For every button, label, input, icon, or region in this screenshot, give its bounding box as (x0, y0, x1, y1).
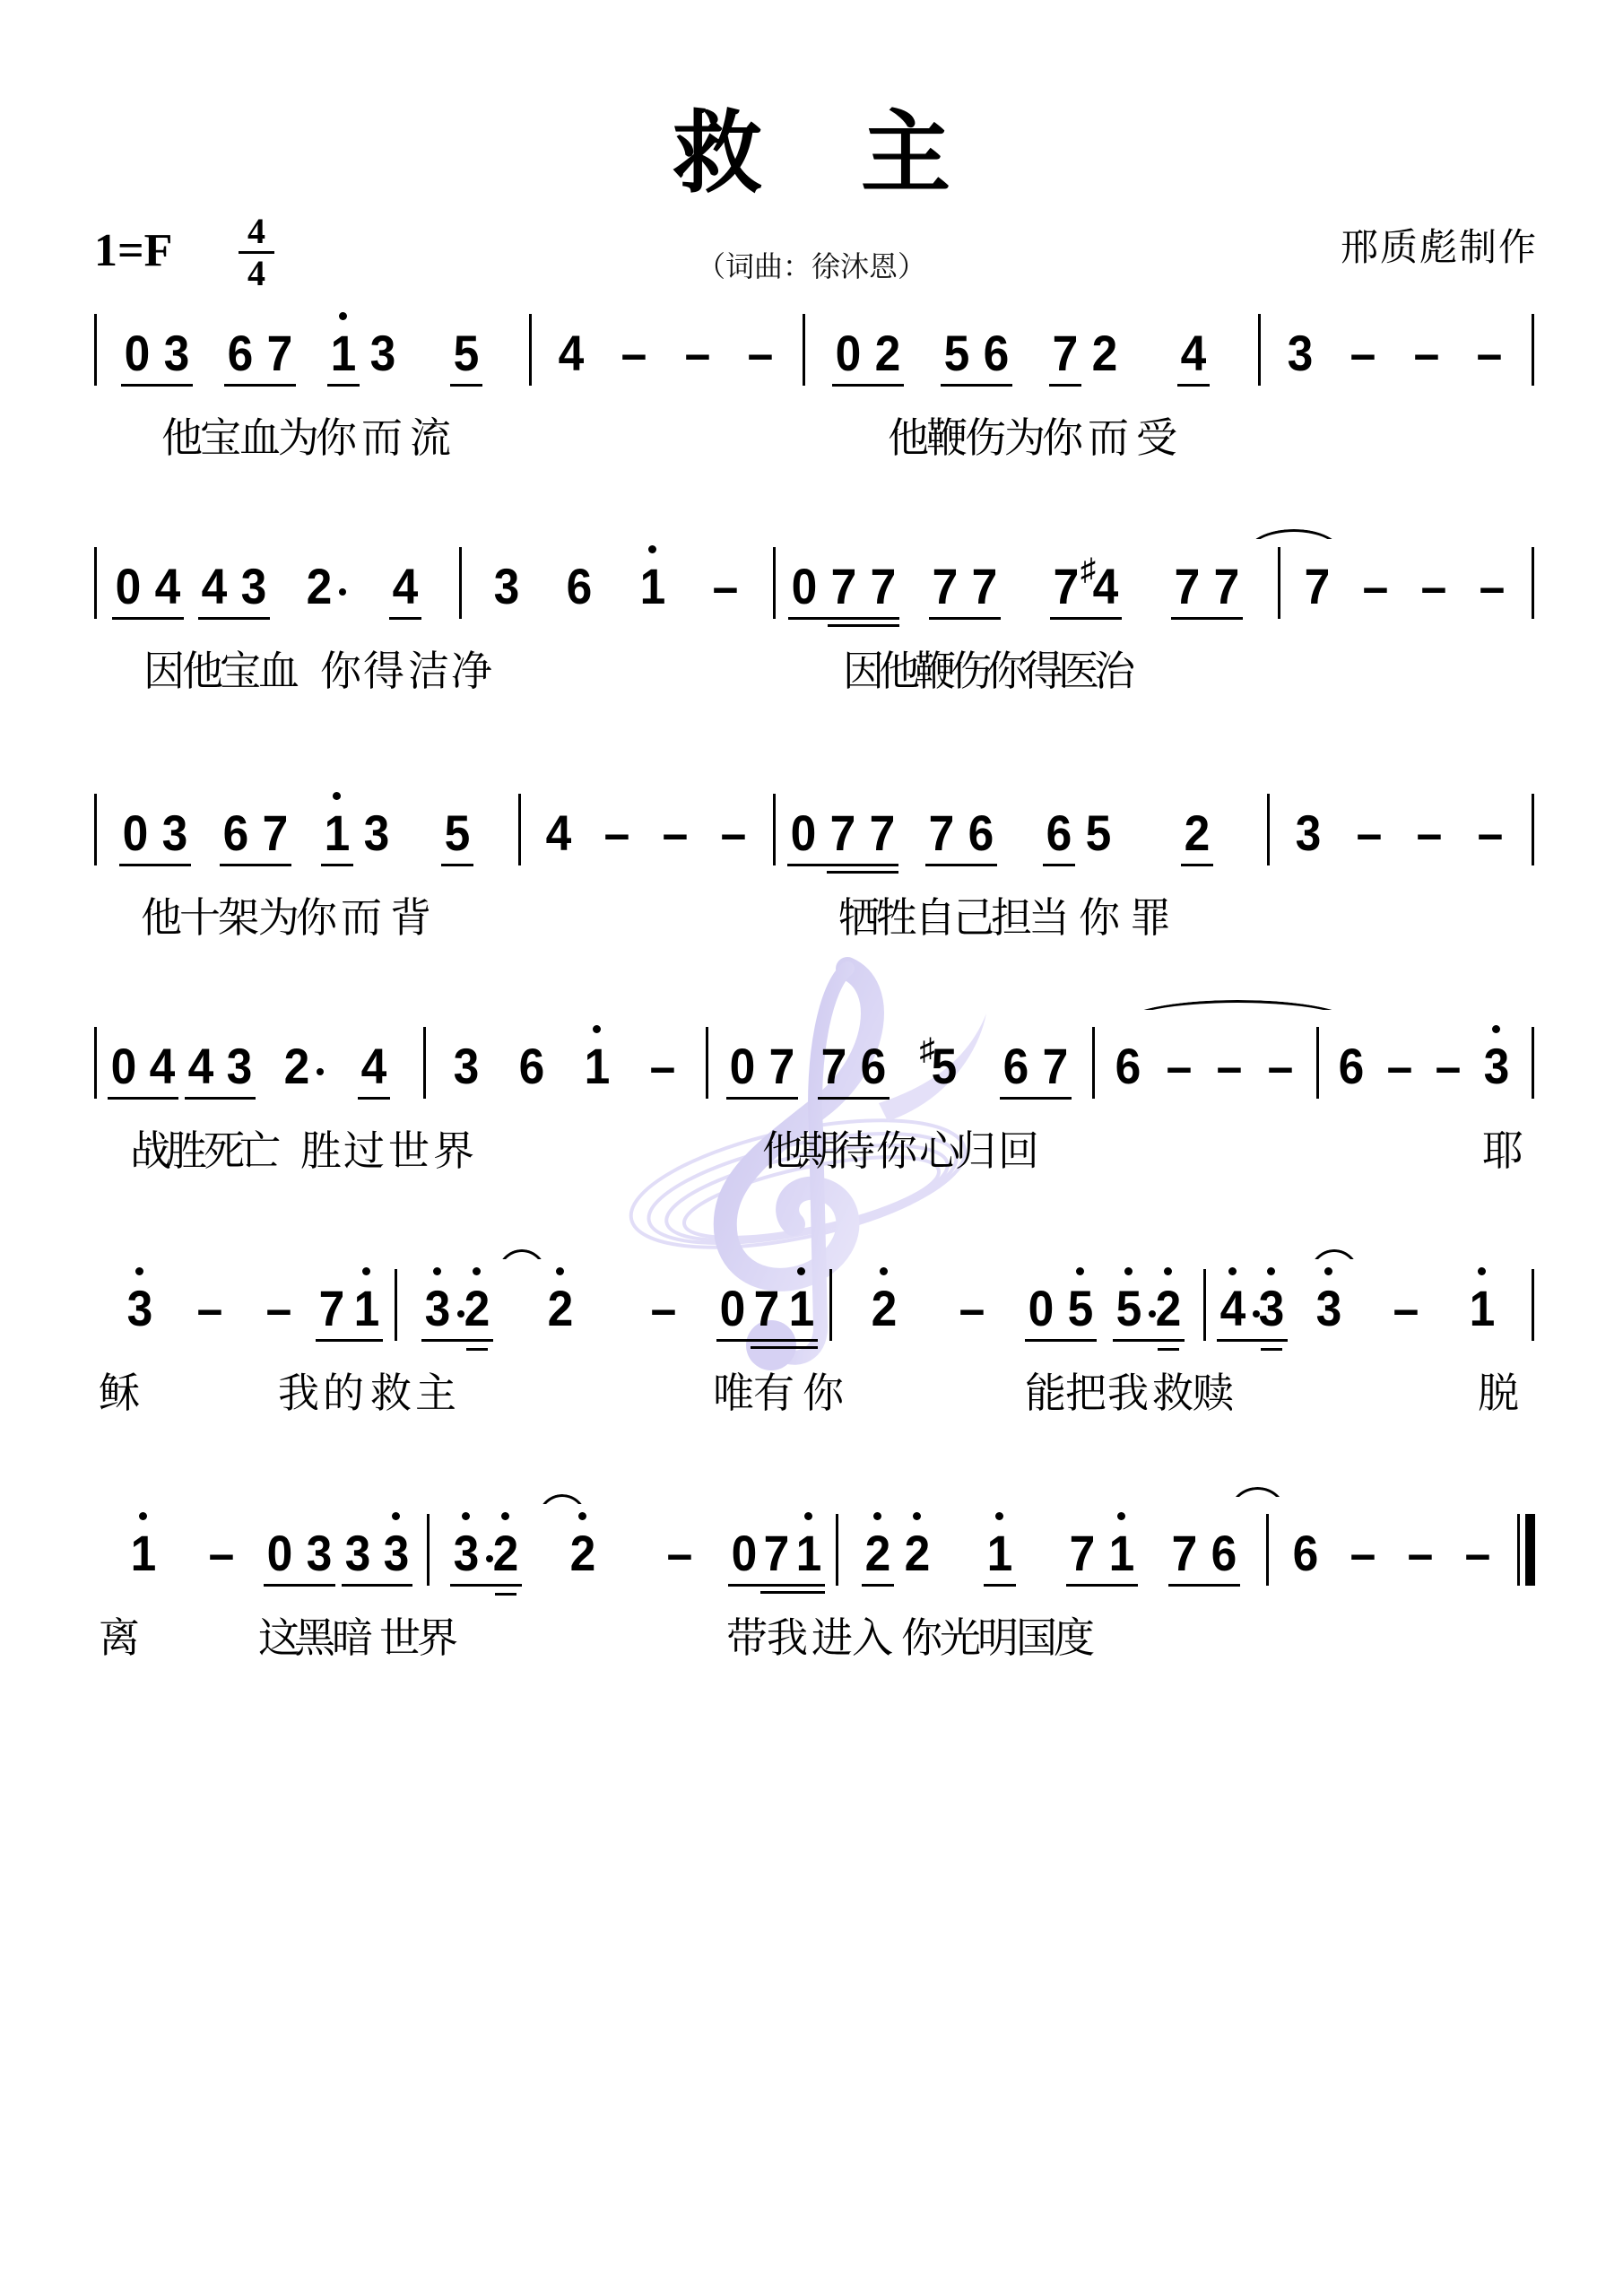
barline (803, 314, 805, 386)
octave-dot (797, 1267, 805, 1275)
beam-underline (450, 384, 482, 387)
note: 3 (450, 1039, 483, 1093)
lyric-char: 有 (749, 1368, 799, 1418)
octave-dot (433, 1267, 441, 1275)
note: 7 (259, 806, 292, 860)
beam-underline (1217, 1339, 1288, 1342)
lyric-char: 的 (318, 1368, 369, 1418)
arranger-credit: 邢质彪制作 (1341, 218, 1538, 272)
sustain-dash: – (1347, 326, 1380, 380)
note: 7 (315, 1282, 348, 1335)
octave-dot (913, 1512, 921, 1520)
octave-dot (1164, 1267, 1172, 1275)
score-row: 3––71322–0712–0552433–1稣我的救主唯有你能把我救赎脱 (0, 1314, 1623, 1529)
note: 5 (450, 326, 483, 380)
note: 2 (862, 1526, 895, 1580)
beam-underline (818, 1097, 890, 1100)
beam-underline (941, 384, 1012, 387)
note: 4 (358, 1039, 391, 1093)
beam-underline (224, 384, 296, 387)
beam-underline (112, 617, 184, 620)
note: 6 (1335, 1039, 1368, 1093)
note: 7 (1066, 1526, 1099, 1580)
score-row: 1–0333322–07122171766–––离这黑暗世界带我进入你光明国度 (0, 1559, 1623, 1774)
note: 0 (725, 1039, 759, 1093)
barline (518, 794, 521, 865)
beam-underline-double (751, 1346, 817, 1349)
note: 2 (1151, 1282, 1185, 1335)
note: 7 (968, 560, 1002, 613)
note: 4 (389, 560, 422, 613)
octave-dot (995, 1512, 1003, 1520)
score-row: 044324361–07765♯676–––6––3战胜死亡胜过世界他期待你心归… (0, 1072, 1623, 1287)
note: 1 (636, 560, 669, 613)
note: 7 (1039, 1039, 1072, 1093)
final-barline-thick (1525, 1514, 1535, 1586)
sustain-dash: – (193, 1282, 226, 1335)
beam-underline (119, 864, 191, 866)
octave-dot (462, 1512, 470, 1520)
beam-underline (421, 1339, 493, 1342)
note: 0 (111, 560, 144, 613)
note: 6 (1112, 1039, 1145, 1093)
note: 4 (146, 1039, 179, 1093)
lyric-char: 净 (447, 646, 497, 696)
lyric-char: 主 (411, 1368, 461, 1418)
note: 3 (367, 326, 400, 380)
note: 6 (964, 806, 997, 860)
note: 1 (580, 1039, 613, 1093)
octave-dot (135, 1267, 143, 1275)
octave-dot (873, 1512, 881, 1520)
note: 7 (817, 1039, 850, 1093)
augmentation-dot (317, 1068, 324, 1075)
lyric-char: 我 (1103, 1368, 1153, 1418)
note: 3 (421, 1282, 454, 1335)
note: 3 (1291, 806, 1324, 860)
note: 1 (127, 1526, 161, 1580)
note: 0 (108, 1039, 141, 1093)
note: 7 (867, 560, 900, 613)
note: 7 (1301, 560, 1334, 613)
sustain-dash: – (647, 1282, 681, 1335)
beam-underline (1171, 617, 1243, 620)
note: 6 (516, 1039, 549, 1093)
note: 2 (868, 1282, 901, 1335)
note: 7 (1170, 560, 1203, 613)
note: 6 (220, 806, 253, 860)
barline (706, 1027, 708, 1099)
note: 5 (1082, 806, 1115, 860)
note: 2 (460, 1282, 493, 1335)
beam-underline (342, 1584, 412, 1587)
beam-underline (862, 1584, 894, 1587)
note: 7 (263, 326, 296, 380)
note: 3 (450, 1526, 483, 1580)
note: 2 (901, 1526, 934, 1580)
sustain-dash: – (1263, 1039, 1297, 1093)
note: 7 (1210, 560, 1243, 613)
note: 4 (1217, 1282, 1250, 1335)
note: 6 (223, 326, 256, 380)
note: 2 (1181, 806, 1214, 860)
lyric-char: 入 (847, 1613, 898, 1663)
note: 7 (929, 560, 962, 613)
beam-underline (1113, 1339, 1185, 1342)
barline (1532, 1027, 1534, 1099)
sustain-dash: – (1432, 1039, 1465, 1093)
sustain-dash: – (658, 806, 691, 860)
barline (836, 1514, 838, 1586)
beam-underline-double (828, 624, 899, 627)
half-underline (1158, 1348, 1179, 1351)
octave-dot (501, 1512, 509, 1520)
lyric-char: 耶 (1478, 1126, 1528, 1176)
octave-dot (1117, 1512, 1125, 1520)
half-underline (1261, 1348, 1282, 1351)
sustain-dash: – (1472, 326, 1506, 380)
note: 3 (1255, 1282, 1289, 1335)
sustain-dash: – (1410, 326, 1443, 380)
note: 7 (1048, 326, 1081, 380)
note: 4 (151, 560, 184, 613)
lyric-char: 我 (762, 1613, 812, 1663)
octave-dot (1492, 1025, 1500, 1033)
barline (94, 1027, 97, 1099)
note: 1 (320, 806, 353, 860)
lyric-char: 脱 (1473, 1368, 1523, 1418)
octave-dot (1076, 1267, 1084, 1275)
beam-underline (1043, 864, 1075, 866)
lyric-char: 你 (1037, 413, 1088, 463)
barline (1532, 314, 1534, 386)
note: 3 (123, 1282, 156, 1335)
barline (94, 794, 97, 865)
final-barline-thin (1517, 1514, 1520, 1586)
beam-underline (1000, 1097, 1072, 1100)
barline (94, 547, 97, 619)
barline (1532, 1269, 1534, 1341)
note: 3 (1313, 1282, 1346, 1335)
note: 1 (984, 1526, 1017, 1580)
note: 4 (542, 806, 575, 860)
note: 6 (1289, 1526, 1323, 1580)
lyric-char: 界 (429, 1126, 479, 1176)
barline (1266, 1514, 1269, 1586)
note: 4 (197, 560, 230, 613)
note: 6 (563, 560, 596, 613)
beam-underline (327, 384, 360, 387)
note: 3 (302, 1526, 335, 1580)
note: 7 (765, 1039, 798, 1093)
beam-underline (1181, 864, 1213, 866)
sustain-dash: – (1352, 806, 1385, 860)
sustain-dash: – (1474, 806, 1507, 860)
note: 0 (728, 1526, 761, 1580)
beam-underline (716, 1339, 818, 1342)
beam-underline-double (827, 871, 898, 874)
lyric-char: 流 (405, 413, 456, 463)
score-row: 03671354–––02567243–––他宝血为你而流他鞭伤为你而受 (0, 359, 1623, 574)
beam-underline (185, 1097, 256, 1100)
octave-dot (648, 545, 656, 553)
note: 7 (924, 806, 958, 860)
octave-dot (593, 1025, 601, 1033)
beam-underline (929, 617, 1001, 620)
lyric-char: 受 (1132, 413, 1182, 463)
lyric-char: 界 (412, 1613, 463, 1663)
lyric-char: 你 (798, 1368, 848, 1418)
beam-underline (220, 864, 291, 866)
lyric-char: 当 (1024, 892, 1074, 943)
sustain-dash: – (743, 326, 777, 380)
note: 0 (119, 806, 152, 860)
barline (773, 547, 776, 619)
lyric-char: 治 (1089, 646, 1140, 696)
octave-dot (333, 792, 341, 800)
note: 0 (120, 326, 153, 380)
barline (529, 314, 532, 386)
note: 6 (979, 326, 1012, 380)
sustain-dash: – (263, 1282, 296, 1335)
barline (829, 1269, 832, 1341)
sharp-sign: ♯ (1081, 552, 1096, 587)
note: 1 (793, 1526, 826, 1580)
note: 2 (303, 560, 336, 613)
note: 7 (828, 560, 861, 613)
note: 6 (1043, 806, 1076, 860)
beam-underline (984, 1584, 1016, 1587)
note: 6 (1000, 1039, 1033, 1093)
note: 0 (788, 560, 821, 613)
note: 1 (785, 1282, 818, 1335)
note: 3 (159, 806, 192, 860)
sustain-dash: – (600, 806, 633, 860)
lyric-char: 你 (291, 892, 342, 943)
sustain-dash: – (1384, 1039, 1417, 1093)
barline (427, 1514, 430, 1586)
sustain-dash: – (716, 806, 750, 860)
sustain-dash: – (681, 326, 714, 380)
beam-underline (728, 1584, 825, 1587)
sustain-dash: – (1462, 1526, 1495, 1580)
note: 2 (567, 1526, 600, 1580)
lyric-char: 赎 (1188, 1368, 1238, 1418)
note: 5 (1112, 1282, 1145, 1335)
barline (1267, 794, 1270, 865)
lyric-char: 回 (994, 1126, 1044, 1176)
beam-underline (316, 1339, 383, 1342)
barline (1278, 547, 1280, 619)
song-title: 救主 (0, 99, 1623, 206)
note: 3 (1480, 1039, 1514, 1093)
lyric-char: 血 (254, 646, 304, 696)
note: 7 (1049, 560, 1082, 613)
barline (1532, 547, 1534, 619)
score-row: 03671354–––077766523–––他十架为你而背牺牲自己担当你罪 (0, 839, 1623, 1054)
beam-underline (788, 617, 899, 620)
sustain-dash: – (664, 1526, 697, 1580)
sustain-dash: – (1389, 1282, 1422, 1335)
note: 3 (237, 560, 270, 613)
barline (395, 1269, 397, 1341)
note: 5 (440, 806, 473, 860)
half-underline (466, 1348, 488, 1351)
beam-underline (1177, 384, 1210, 387)
barline (1092, 1027, 1095, 1099)
sustain-dash: – (1359, 560, 1393, 613)
lyric-char: 暗 (327, 1613, 378, 1663)
note: 5 (1063, 1282, 1097, 1335)
sustain-dash: – (1417, 560, 1450, 613)
octave-dot (804, 1512, 812, 1520)
beam-underline (358, 1097, 390, 1100)
note: 4 (185, 1039, 218, 1093)
note: 7 (1168, 1526, 1202, 1580)
beam-underline (1049, 384, 1081, 387)
beam-underline (1050, 617, 1122, 620)
beam-underline (925, 864, 997, 866)
note: 7 (760, 1526, 794, 1580)
lyric-char: 你 (1074, 892, 1124, 943)
sustain-dash: – (618, 326, 651, 380)
note: 1 (1106, 1526, 1139, 1580)
lyric-char: 我 (273, 1368, 324, 1418)
beam-underline-double (760, 1591, 825, 1594)
lyric-char: 而 (336, 892, 386, 943)
note: 1 (327, 326, 360, 380)
note: 3 (360, 806, 393, 860)
barline (423, 1027, 426, 1099)
lyric-char: 背 (386, 892, 436, 943)
lyric-char: 救 (366, 1368, 416, 1418)
note: 1 (350, 1282, 383, 1335)
sustain-dash: – (709, 560, 742, 613)
octave-dot (362, 1267, 370, 1275)
note: 7 (826, 806, 859, 860)
note: 0 (716, 1282, 750, 1335)
note: 4 (555, 326, 588, 380)
lyric-char: 度 (1049, 1613, 1099, 1663)
sustain-dash: – (646, 1039, 679, 1093)
lyric-char: 罪 (1125, 892, 1176, 943)
note: 1 (1466, 1282, 1499, 1335)
sustain-dash: – (1213, 1039, 1246, 1093)
beam-underline (450, 1584, 522, 1587)
lyric-char: 过 (339, 1126, 389, 1176)
beam-underline (441, 864, 473, 866)
note: 3 (223, 1039, 256, 1093)
lyric-char: 稣 (94, 1368, 144, 1418)
lyric-char: 而 (1083, 413, 1133, 463)
note: 3 (342, 1526, 375, 1580)
note: 2 (1088, 326, 1121, 380)
note: 2 (281, 1039, 314, 1093)
note: 2 (490, 1526, 523, 1580)
lyric-char: 得 (359, 646, 409, 696)
sustain-dash: – (1475, 560, 1508, 613)
barline (94, 314, 97, 386)
beam-underline (832, 384, 904, 387)
barline (773, 794, 776, 865)
note: 6 (1208, 1526, 1241, 1580)
note: 0 (1024, 1282, 1057, 1335)
note: 2 (871, 326, 904, 380)
augmentation-dot (339, 588, 346, 596)
note: 7 (865, 806, 898, 860)
note: 5 (940, 326, 973, 380)
half-underline (495, 1593, 516, 1596)
beam-underline (264, 1584, 334, 1587)
octave-dot (473, 1267, 481, 1275)
beam-underline (321, 864, 353, 866)
barline (1532, 794, 1534, 865)
sustain-dash: – (1404, 1526, 1437, 1580)
note: 4 (1176, 326, 1210, 380)
beam-underline (726, 1097, 798, 1100)
note: 3 (1284, 326, 1317, 380)
note: 3 (490, 560, 523, 613)
octave-dot (1124, 1267, 1133, 1275)
note: 2 (543, 1282, 577, 1335)
beam-underline (389, 617, 421, 620)
beam-underline (1025, 1339, 1097, 1342)
sustain-dash: – (1347, 1526, 1380, 1580)
note: 7 (751, 1282, 784, 1335)
sustain-dash: – (1162, 1039, 1195, 1093)
octave-dot (339, 312, 347, 320)
note: 0 (264, 1526, 297, 1580)
note: 3 (380, 1526, 413, 1580)
beam-underline (108, 1097, 178, 1100)
note: 3 (160, 326, 193, 380)
sustain-dash: – (205, 1526, 239, 1580)
note: 0 (787, 806, 820, 860)
barline (459, 547, 462, 619)
barline (1258, 314, 1261, 386)
beam-underline (1168, 1584, 1240, 1587)
barline (1203, 1269, 1206, 1341)
beam-underline (787, 864, 898, 866)
lyric-char: 离 (94, 1613, 144, 1663)
note: 6 (856, 1039, 890, 1093)
sustain-dash: – (1413, 806, 1446, 860)
lyric-char: 世 (384, 1126, 434, 1176)
barline (1316, 1027, 1319, 1099)
beam-underline (198, 617, 270, 620)
sustain-dash: – (956, 1282, 989, 1335)
lyric-char: 你 (311, 413, 361, 463)
note: 0 (831, 326, 864, 380)
lyric-char: 而 (357, 413, 407, 463)
lyric-char: 亡 (235, 1126, 285, 1176)
sharp-sign: ♯ (919, 1032, 934, 1067)
beam-underline (1066, 1584, 1138, 1587)
score-row: 044324361–0777774♯777–––因他宝血你得洁净因他鞭伤你得医治 (0, 592, 1623, 807)
beam-underline (121, 384, 193, 387)
octave-dot (556, 1267, 564, 1275)
